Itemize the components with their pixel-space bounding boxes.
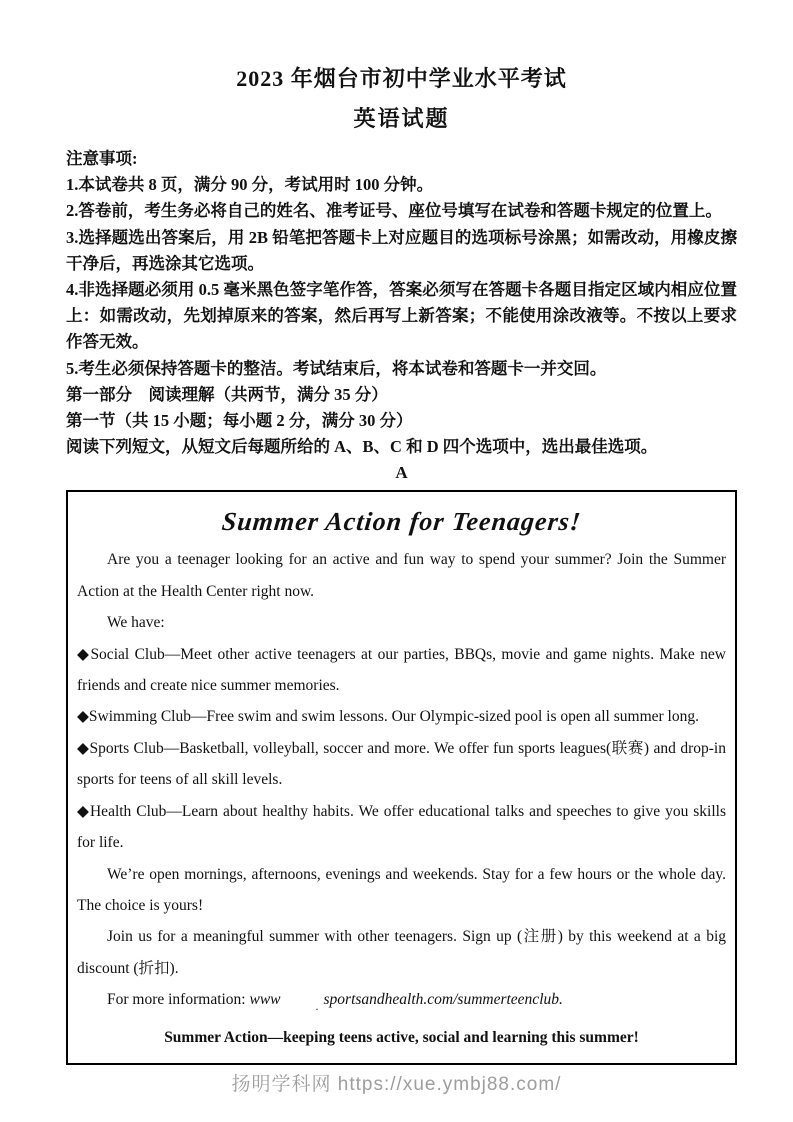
exam-subtitle: 英语试题 xyxy=(66,104,737,134)
passage-label-a: A xyxy=(66,461,737,485)
passage-box: Summer Action for Teenagers! Are you a t… xyxy=(66,490,737,1064)
info-line: For more information: www.sportsandhealt… xyxy=(77,984,726,1016)
notice-item-2: 2.答卷前，考生务必将自己的姓名、准考证号、座位号填写在试卷和答题卡规定的位置上… xyxy=(66,198,737,224)
exam-title: 2023 年烟台市初中学业水平考试 xyxy=(66,64,737,94)
passage-bullet-sports-club: ◆Sports Club—Basketball, volleyball, soc… xyxy=(77,733,726,796)
website-url-www: www xyxy=(250,991,281,1008)
passage-title: Summer Action for Teenagers! xyxy=(75,504,728,540)
notice-item-4: 4.非选择题必须用 0.5 毫米黑色签字笔作答，答案必须写在答题卡各题目指定区域… xyxy=(66,277,737,356)
passage-paragraph: Join us for a meaningful summer with oth… xyxy=(77,921,726,984)
info-prefix: For more information: xyxy=(107,991,250,1008)
footer-watermark: 扬明学科网 https://xue.ymbj88.com/ xyxy=(0,1069,793,1096)
notice-item-1: 1.本试卷共 8 页，满分 90 分，考试用时 100 分钟。 xyxy=(66,172,737,198)
passage-paragraph: Are you a teenager looking for an active… xyxy=(77,544,726,607)
passage-bullet-swimming-club: ◆Swimming Club—Free swim and swim lesson… xyxy=(77,701,726,732)
notice-item-3: 3.选择题选出答案后，用 2B 铅笔把答题卡上对应题目的选项标号涂黑；如需改动，… xyxy=(66,225,737,277)
passage-slogan: Summer Action—keeping teens active, soci… xyxy=(77,1025,726,1051)
passage-bullet-health-club: ◆Health Club—Learn about healthy habits.… xyxy=(77,796,726,859)
passage-paragraph: We have: xyxy=(77,607,726,638)
notice-item-5: 5.考生必须保持答题卡的整洁。考试结束后，将本试卷和答题卡一并交回。 xyxy=(66,356,737,382)
passage-paragraph: We’re open mornings, afternoons, evening… xyxy=(77,859,726,922)
website-url-dot: . xyxy=(286,991,319,1022)
section-one-heading: 第一节（共 15 小题；每小题 2 分，满分 30 分） xyxy=(66,408,737,434)
passage-bullet-social-club: ◆Social Club—Meet other active teenagers… xyxy=(77,639,726,702)
exam-paper-page: 2023 年烟台市初中学业水平考试 英语试题 注意事项: 1.本试卷共 8 页，… xyxy=(0,0,793,1122)
reading-instruction: 阅读下列短文，从短文后每题所给的 A、B、C 和 D 四个选项中，选出最佳选项。 xyxy=(66,434,737,460)
notices-heading: 注意事项: xyxy=(66,146,737,172)
notices-block: 注意事项: 1.本试卷共 8 页，满分 90 分，考试用时 100 分钟。 2.… xyxy=(66,146,737,382)
section-part1-heading: 第一部分 阅读理解（共两节，满分 35 分） xyxy=(66,382,737,408)
website-url: sportsandhealth.com/summerteenclub. xyxy=(324,991,563,1008)
document-content: 2023 年烟台市初中学业水平考试 英语试题 注意事项: 1.本试卷共 8 页，… xyxy=(0,0,793,1065)
